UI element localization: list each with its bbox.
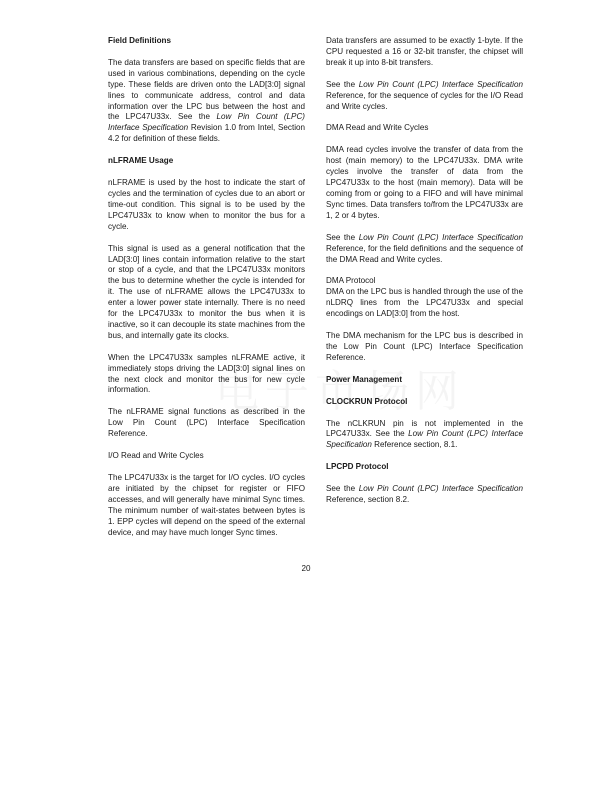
subheading-dma-protocol: DMA Protocol	[326, 276, 523, 287]
paragraph-nlframe-2: This signal is used as a general notific…	[108, 244, 305, 342]
heading-nlframe-usage: nLFRAME Usage	[108, 156, 305, 167]
paragraph-nlframe-4: The nLFRAME signal functions as describe…	[108, 407, 305, 440]
subheading-dma-cycles: DMA Read and Write Cycles	[326, 123, 523, 134]
page-number: 20	[0, 564, 612, 573]
subheading-io-cycles: I/O Read and Write Cycles	[108, 451, 305, 462]
heading-field-definitions: Field Definitions	[108, 36, 305, 47]
heading-power-management: Power Management	[326, 375, 523, 386]
paragraph-clockrun: The nCLKRUN pin is not implemented in th…	[326, 419, 523, 452]
paragraph-io-see-spec: See the Low Pin Count (LPC) Interface Sp…	[326, 80, 523, 113]
left-column: Field Definitions The data transfers are…	[108, 36, 305, 549]
paragraph-dma-protocol-2: The DMA mechanism for the LPC bus is des…	[326, 331, 523, 364]
heading-lpcpd-protocol: LPCPD Protocol	[326, 462, 523, 473]
heading-clockrun-protocol: CLOCKRUN Protocol	[326, 397, 523, 408]
paragraph-dma-cycles: DMA read cycles involve the transfer of …	[326, 145, 523, 221]
paragraph-data-transfers: Data transfers are assumed to be exactly…	[326, 36, 523, 69]
right-column: Data transfers are assumed to be exactly…	[326, 36, 523, 517]
paragraph-dma-see-spec: See the Low Pin Count (LPC) Interface Sp…	[326, 233, 523, 266]
paragraph-lpcpd: See the Low Pin Count (LPC) Interface Sp…	[326, 484, 523, 506]
paragraph-nlframe-1: nLFRAME is used by the host to indicate …	[108, 178, 305, 233]
paragraph-field-definitions: The data transfers are based on specific…	[108, 58, 305, 145]
paragraph-io-cycles: The LPC47U33x is the target for I/O cycl…	[108, 473, 305, 538]
paragraph-nlframe-3: When the LPC47U33x samples nLFRAME activ…	[108, 353, 305, 397]
paragraph-dma-protocol-1: DMA on the LPC bus is handled through th…	[326, 287, 523, 320]
